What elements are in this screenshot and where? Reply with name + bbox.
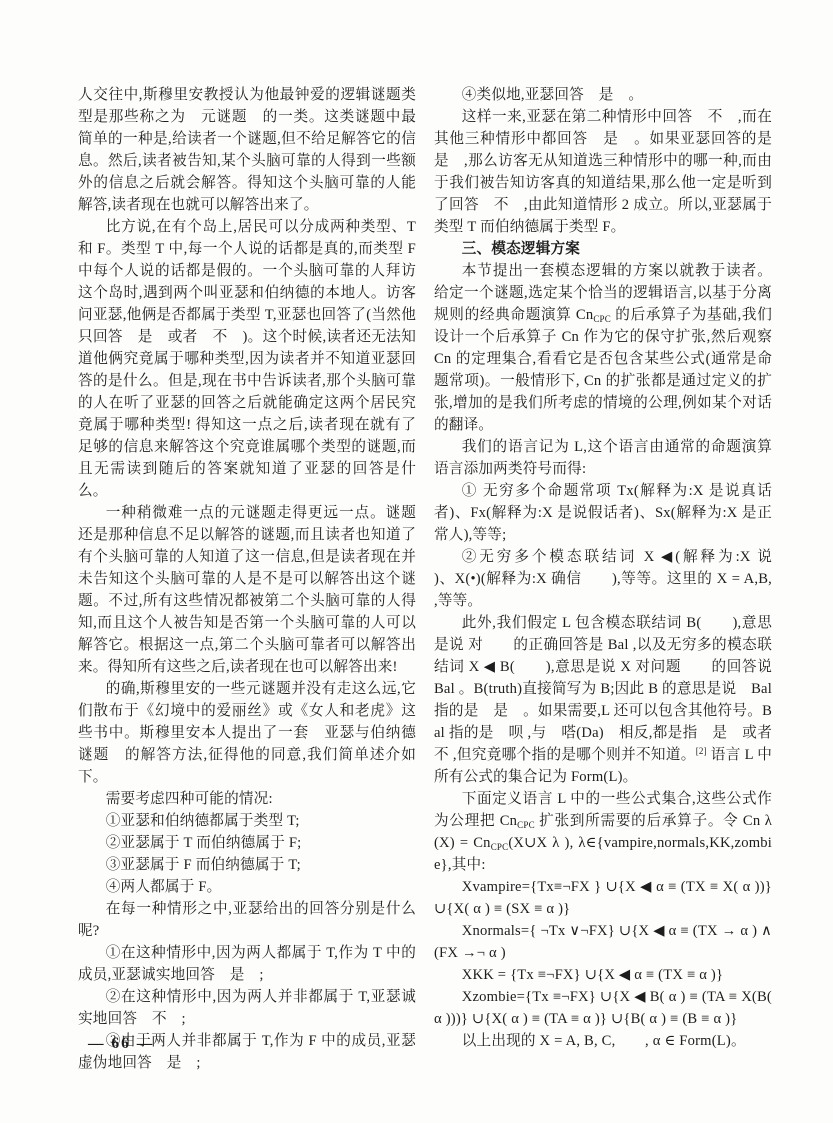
paragraph: ③亚瑟属于 F 而伯纳德属于 T; bbox=[78, 854, 416, 876]
paragraph: ① 无穷多个命题常项 Tx(解释为:X 是说真话者)、Fx(解释为:X 是说假话… bbox=[434, 480, 772, 546]
paragraph: 本节提出一套模态逻辑的方案以就教于读者。给定一个谜题,选定某个恰当的逻辑语言,以… bbox=[434, 260, 772, 436]
paragraph: 下面定义语言 L 中的一些公式集合,这些公式作为公理把 CnCPC 扩张到所需要… bbox=[434, 788, 772, 876]
paragraph: 此外,我们假定 L 包含模态联结词 B( ),意思是说 对 的正确回答是 Bal… bbox=[434, 612, 772, 788]
paragraph: ④两人都属于 F。 bbox=[78, 876, 416, 898]
paragraph: XKK = {Tx ≡¬FX} ∪{X ◀ α ≡ (TX ≡ α )} bbox=[434, 964, 772, 986]
paragraph: 我们的语言记为 L,这个语言由通常的命题演算语言添加两类符号而得: bbox=[434, 436, 772, 480]
paragraph: Xvampire={Tx≡¬FX } ∪{X ◀ α ≡ (TX ≡ X( α … bbox=[434, 876, 772, 920]
section-heading: 三、模态逻辑方案 bbox=[434, 238, 772, 260]
paragraph: 以上出现的 X = A, B, C, , α ∈ Form(L)。 bbox=[434, 1030, 772, 1052]
page-body: 人交往中,斯穆里安教授认为他最钟爱的逻辑谜题类型是那些称之为 元谜题 的一类。这… bbox=[78, 84, 772, 1074]
right-column: ④类似地,亚瑟回答 是 。这样一来,亚瑟在第二种情形中回答 不 ,而在其他三种情… bbox=[434, 84, 772, 1074]
paragraph: ①亚瑟和伯纳德都属于类型 T; bbox=[78, 810, 416, 832]
paragraph: ②亚瑟属于 T 而伯纳德属于 F; bbox=[78, 832, 416, 854]
paragraph: 这样一来,亚瑟在第二种情形中回答 不 ,而在其他三种情形中都回答 是 。如果亚瑟… bbox=[434, 106, 772, 238]
paragraph: ②无穷多个模态联结词 X ◀(解释为:X 说 )、X(•)(解释为:X 确信 )… bbox=[434, 546, 772, 612]
paragraph: 比方说,在有个岛上,居民可以分成两种类型、T 和 F。类型 T 中,每一个人说的… bbox=[78, 216, 416, 502]
paragraph: ②在这种情形中,因为两人并非都属于 T,亚瑟诚实地回答 不 ; bbox=[78, 986, 416, 1030]
paragraph: 在每一种情形之中,亚瑟给出的回答分别是什么呢? bbox=[78, 898, 416, 942]
paragraph: Xzombie={Tx ≡¬FX} ∪{X ◀ B( α ) ≡ (TA ≡ X… bbox=[434, 986, 772, 1030]
paragraph: Xnormals={ ¬Tx ∨¬FX} ∪{X ◀ α ≡ (TX → α )… bbox=[434, 920, 772, 964]
paragraph: 的确,斯穆里安的一些元谜题并没有走这么远,它们散布于《幻境中的爱丽丝》或《女人和… bbox=[78, 678, 416, 788]
paragraph: 人交往中,斯穆里安教授认为他最钟爱的逻辑谜题类型是那些称之为 元谜题 的一类。这… bbox=[78, 84, 416, 216]
left-column: 人交往中,斯穆里安教授认为他最钟爱的逻辑谜题类型是那些称之为 元谜题 的一类。这… bbox=[78, 84, 416, 1074]
paragraph: 需要考虑四种可能的情况: bbox=[78, 788, 416, 810]
paragraph: 一种稍微难一点的元谜题走得更远一点。谜题还是那种信息不足以解答的谜题,而且读者也… bbox=[78, 502, 416, 678]
paragraph: ④类似地,亚瑟回答 是 。 bbox=[434, 84, 772, 106]
scanned-book-page: 人交往中,斯穆里安教授认为他最钟爱的逻辑谜题类型是那些称之为 元谜题 的一类。这… bbox=[0, 0, 833, 1123]
page-number: — 66 — bbox=[88, 1035, 154, 1053]
paragraph: ①在这种情形中,因为两人都属于 T,作为 T 中的成员,亚瑟诚实地回答 是 ; bbox=[78, 942, 416, 986]
